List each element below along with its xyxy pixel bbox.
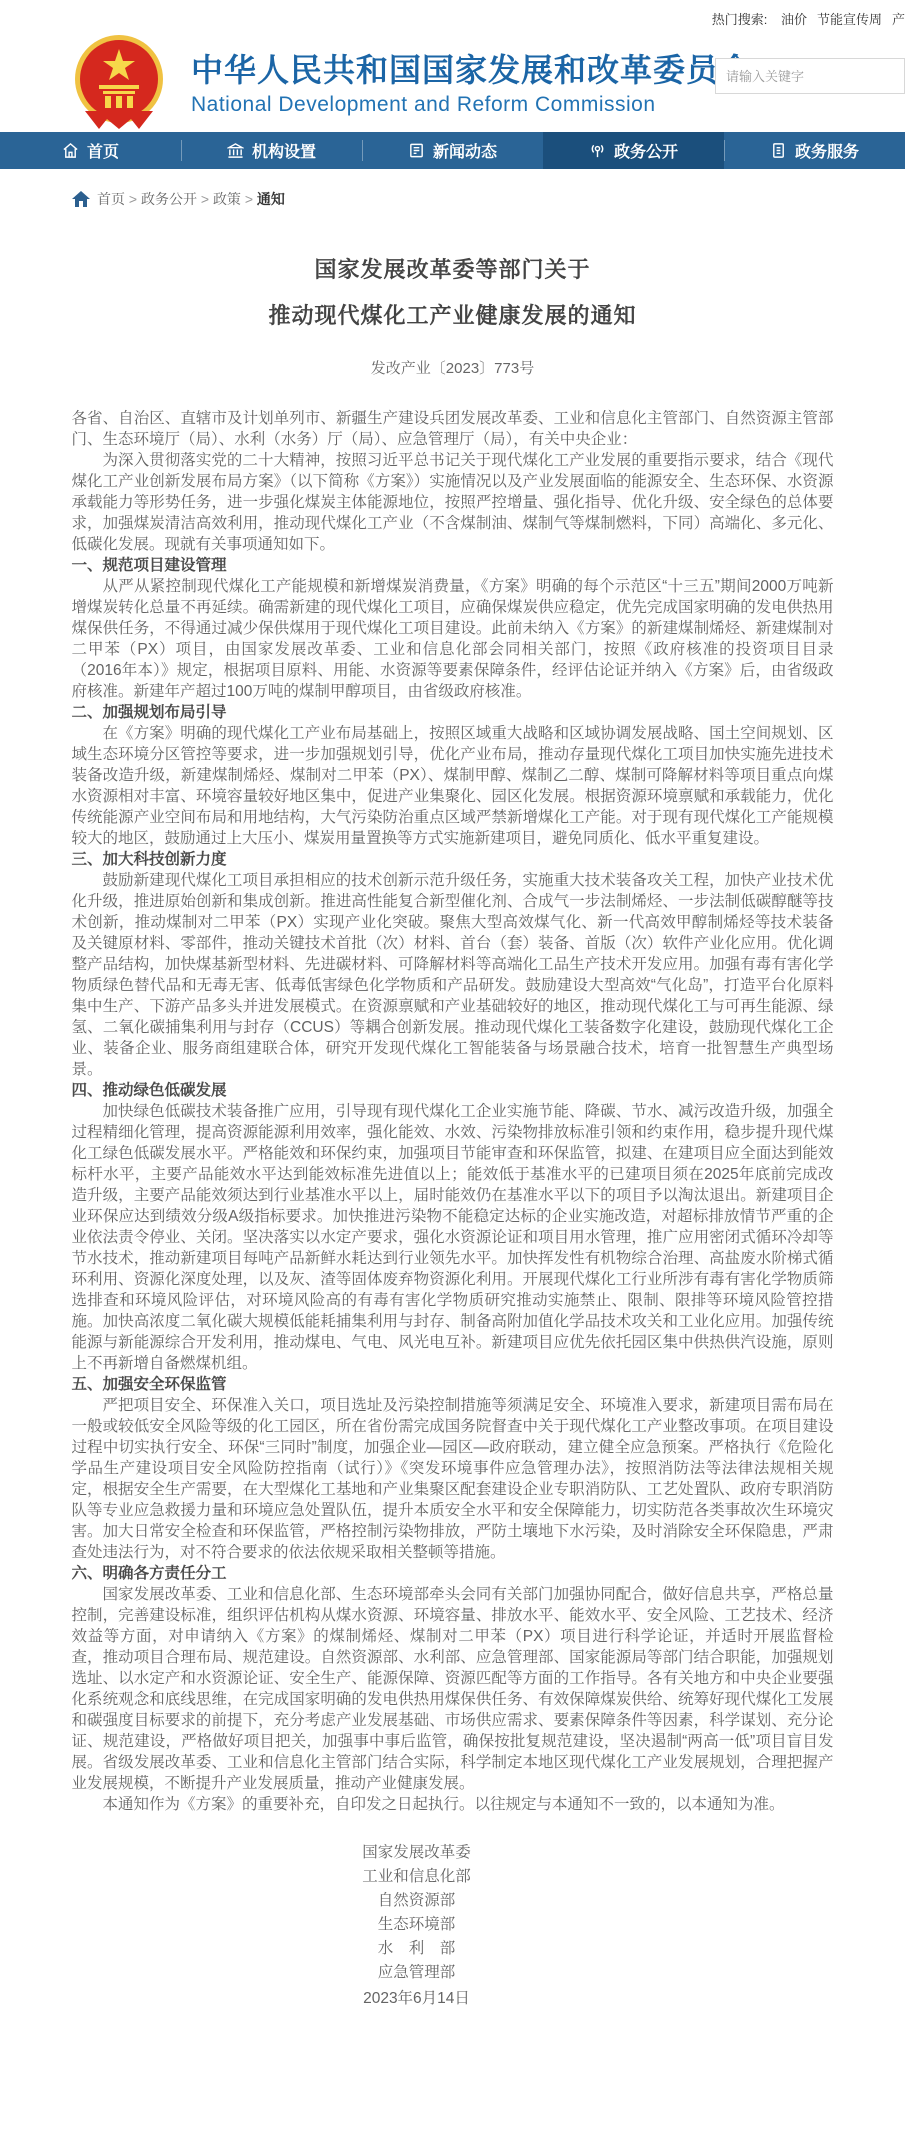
body-paragraph: 本通知作为《方案》的重要补充，自印发之日起执行。以往规定与本通知不一致的，以本通… bbox=[72, 1794, 834, 1815]
home-icon bbox=[62, 142, 79, 159]
broadcast-icon bbox=[589, 142, 606, 159]
section-heading: 五、加强安全环保监管 bbox=[72, 1374, 834, 1395]
breadcrumb-separator: > bbox=[241, 191, 257, 207]
signer-name: 国家发展改革委 bbox=[167, 1841, 667, 1865]
body-paragraph: 各省、自治区、直辖市及计划单列市、新疆生产建设兵团发展改革委、工业和信息化主管部… bbox=[72, 408, 834, 450]
file-icon bbox=[770, 142, 787, 159]
body-paragraph: 从严从紧控制现代煤化工产能规模和新增煤炭消费量，《方案》明确的每个示范区“十三五… bbox=[72, 576, 834, 702]
nav-tab-新闻动态[interactable]: 新闻动态 bbox=[362, 132, 543, 169]
signature-date: 2023年6月14日 bbox=[167, 1987, 667, 2031]
section-heading: 四、推动绿色低碳发展 bbox=[72, 1080, 834, 1101]
nav-tab-label: 首页 bbox=[87, 139, 119, 162]
body-paragraph: 为深入贯彻落实党的二十大精神，按照习近平总书记关于现代煤化工产业发展的重要指示要… bbox=[72, 450, 834, 555]
breadcrumb-current: 通知 bbox=[257, 191, 285, 207]
news-icon bbox=[408, 142, 425, 159]
signer-name: 生态环境部 bbox=[167, 1913, 667, 1937]
search-box bbox=[715, 58, 905, 94]
nav-tab-label: 机构设置 bbox=[252, 139, 316, 162]
document-body: 各省、自治区、直辖市及计划单列市、新疆生产建设兵团发展改革委、工业和信息化主管部… bbox=[72, 408, 834, 1815]
hot-search-item[interactable]: 产 bbox=[892, 12, 905, 27]
site-title-cn: 中华人民共和国国家发展和改革委员会 bbox=[191, 45, 752, 91]
breadcrumb-separator: > bbox=[197, 191, 213, 207]
nav-tab-首页[interactable]: 首页 bbox=[0, 132, 181, 169]
hot-search-item[interactable]: 节能宣传周 bbox=[817, 12, 882, 27]
body-paragraph: 鼓励新建现代煤化工项目承担相应的技术创新示范升级任务，实施重大技术装备攻关工程，… bbox=[72, 870, 834, 1080]
document-article: 国家发展改革委等部门关于 推动现代煤化工产业健康发展的通知 发改产业〔2023〕… bbox=[72, 247, 834, 2031]
site-header: 中华人民共和国国家发展和改革委员会 National Development a… bbox=[0, 30, 905, 132]
hot-search-item[interactable]: 油价 bbox=[781, 12, 807, 27]
section-heading: 六、明确各方责任分工 bbox=[72, 1563, 834, 1584]
top-bar: 热门搜索: 油价节能宣传周产 bbox=[0, 0, 905, 30]
document-number: 发改产业〔2023〕773号 bbox=[72, 357, 834, 378]
body-paragraph: 在《方案》明确的现代煤化工产业布局基础上，按照区域重大战略和区域协调发展战略、国… bbox=[72, 723, 834, 849]
body-paragraph: 加快绿色低碳技术装备推广应用，引导现有现代煤化工企业实施节能、降碳、节水、减污改… bbox=[72, 1101, 834, 1374]
site-brand: 中华人民共和国国家发展和改革委员会 National Development a… bbox=[191, 45, 752, 117]
section-heading: 三、加大科技创新力度 bbox=[72, 849, 834, 870]
national-emblem-logo[interactable] bbox=[65, 33, 173, 129]
breadcrumb-link[interactable]: 政策 bbox=[213, 191, 241, 207]
nav-tab-label: 政务服务 bbox=[795, 139, 859, 162]
home-icon bbox=[72, 191, 90, 207]
breadcrumb: 首页 > 政务公开 > 政策 > 通知 bbox=[0, 169, 905, 221]
nav-tab-机构设置[interactable]: 机构设置 bbox=[181, 132, 362, 169]
main-nav: 首页机构设置新闻动态政务公开政务服务 bbox=[0, 132, 905, 169]
hot-search-label: 热门搜索: bbox=[712, 12, 768, 27]
breadcrumb-separator: > bbox=[125, 191, 141, 207]
signer-name: 应急管理部 bbox=[167, 1961, 667, 1985]
breadcrumb-link[interactable]: 首页 bbox=[97, 191, 125, 207]
bank-icon bbox=[227, 142, 244, 159]
nav-tab-label: 新闻动态 bbox=[433, 139, 497, 162]
nav-tab-政务服务[interactable]: 政务服务 bbox=[724, 132, 905, 169]
section-heading: 一、规范项目建设管理 bbox=[72, 555, 834, 576]
site-title-en: National Development and Reform Commissi… bbox=[191, 93, 752, 117]
nav-tab-label: 政务公开 bbox=[614, 139, 678, 162]
body-paragraph: 严把项目安全、环保准入关口，项目选址及污染控制措施等须满足安全、环境准入要求，新… bbox=[72, 1395, 834, 1563]
signer-name: 工业和信息化部 bbox=[167, 1865, 667, 1889]
document-title-line2: 推动现代煤化工产业健康发展的通知 bbox=[72, 293, 834, 339]
breadcrumb-link[interactable]: 政务公开 bbox=[141, 191, 197, 207]
section-heading: 二、加强规划布局引导 bbox=[72, 702, 834, 723]
body-paragraph: 国家发展改革委、工业和信息化部、生态环境部牵头会同有关部门加强协同配合，做好信息… bbox=[72, 1584, 834, 1794]
signature-block: 国家发展改革委工业和信息化部自然资源部生态环境部水 利 部应急管理部2023年6… bbox=[167, 1841, 667, 2031]
nav-tab-政务公开[interactable]: 政务公开 bbox=[543, 132, 724, 169]
search-input[interactable] bbox=[716, 59, 904, 93]
document-title-line1: 国家发展改革委等部门关于 bbox=[72, 247, 834, 293]
hot-search: 热门搜索: 油价节能宣传周产 bbox=[712, 9, 905, 28]
signer-name: 水 利 部 bbox=[167, 1937, 667, 1961]
signer-name: 自然资源部 bbox=[167, 1889, 667, 1913]
